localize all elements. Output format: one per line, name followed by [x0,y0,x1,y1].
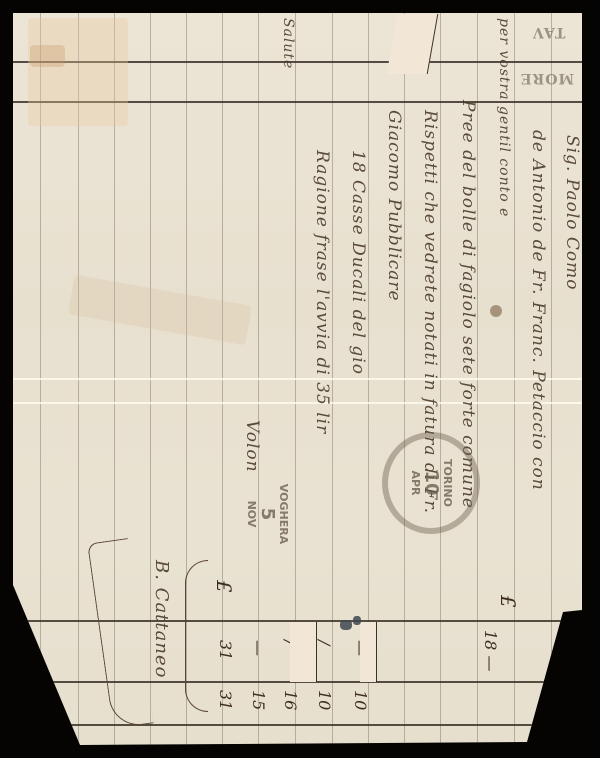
ink-blot [353,616,361,625]
stain [68,275,252,346]
amount-cell: 31 [216,640,235,660]
stain [28,18,128,126]
amount-symbol: £ [212,580,236,593]
postmark-month: NOV [245,501,258,528]
handwriting-line: Ragione frase l'avvia di 35 lir [312,150,332,434]
amount-cell: 10 [351,690,370,710]
brace [185,560,208,712]
fold-crease [0,378,600,380]
handwriting-line: Sig. Paolo Como [562,135,582,291]
postmark-day: 5 [257,484,277,544]
signature: B. Cattaneo [151,560,172,678]
handwriting-line: Salute [280,18,296,69]
total-symbol: £ [496,595,520,608]
letter-sheet: TAV MORE Sig. Paolo Como de Antonio de F… [0,0,600,758]
paper-slip [360,622,377,682]
postmark-ring-text: TORINO [441,459,454,507]
stain [30,45,65,67]
ink-blot [340,620,352,630]
postmark-month: APR [409,470,422,495]
ink-spot [490,305,502,317]
handwriting-line: 18 Casse Ducali del gio [348,150,368,375]
fold-crease [0,402,600,404]
handwriting-line: de Antonio de Fr. Franc. Petaccio con [528,130,548,491]
postmark-voghera: VOGHERA 5 NOV [228,475,306,553]
postmark-torino: TORINO 10 APR [382,432,480,534]
postmark-day: 10 [421,459,441,507]
amount-cell: 15 [249,690,268,710]
header-ghost-text: MORE [520,70,574,86]
scan-background: TAV MORE Sig. Paolo Como de Antonio de F… [0,0,600,758]
amount-cell: 10 [315,690,334,710]
amount-cell: 31 [216,690,235,710]
signature-flourish [87,538,154,729]
handwriting-line: Giacomo Pubblicare [384,110,404,302]
paper-patch [387,14,439,74]
amount-cell: / [315,640,334,645]
handwriting-line: per vostra gentil conto e [496,18,512,217]
amount-cell: — [249,640,268,656]
paper-slip [290,622,317,682]
postmark-ring-text: VOGHERA [277,484,290,544]
total-amount: 18 — [481,630,500,671]
header-ghost-text: TAV [532,24,565,40]
ruled-rule [0,724,600,726]
amount-cell: 16 [281,690,300,710]
location-word: Volon [242,420,262,473]
